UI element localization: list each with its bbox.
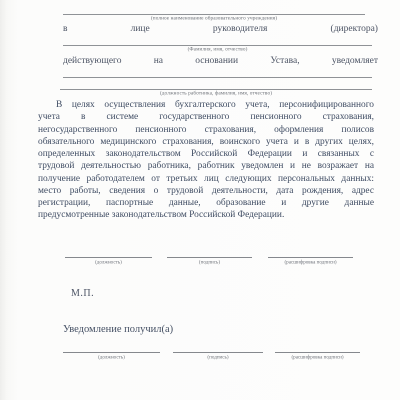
scanned-notification-document: (полное наименование образовательного уч… — [0, 0, 400, 400]
decode-signature-line — [275, 352, 360, 353]
signature-top-decode: (расшифровка подписи) — [268, 257, 353, 266]
paragraph-line: негосударственного пенсионного страхован… — [38, 124, 374, 136]
row1-word: в — [63, 24, 68, 34]
consent-paragraph: В целях осуществления бухгалтерского уче… — [38, 99, 374, 222]
fio-field-line — [63, 45, 372, 46]
acting-on-basis-row: действующего на основании Устава, уведом… — [63, 56, 378, 66]
employee-field-line-2 — [60, 89, 372, 90]
signature-bottom-decode: (расшифровка подписи) — [275, 352, 360, 361]
employee-caption: (должность работника, фамилия, имя, отче… — [79, 91, 354, 96]
sign-caption: (подпись) — [173, 260, 245, 265]
institution-name-field-line — [63, 14, 365, 15]
row1-word: лице — [131, 24, 150, 34]
row2-word: Устава, — [270, 56, 299, 66]
decode-caption: (расшифровка подписи) — [281, 355, 353, 360]
position-caption: (должность) — [70, 355, 152, 360]
row1-word: (директора) — [331, 24, 378, 34]
signature-top-sign: (подпись) — [167, 257, 252, 266]
employee-field-line-1 — [63, 77, 372, 78]
signature-bottom-position: (должность) — [63, 352, 160, 361]
fio-caption: (Фамилия, имя, отчество) — [82, 47, 354, 52]
paragraph-line: обязательного медицинского страхования, … — [38, 136, 374, 148]
row2-word: действующего — [63, 56, 121, 66]
paragraph-line: предусмотренные законодательством Россий… — [38, 209, 374, 221]
decode-caption: (расшифровка подписи) — [274, 260, 346, 265]
paragraph-line: определенных законодательством Российско… — [38, 148, 374, 160]
row2-word: на — [154, 56, 163, 66]
paragraph-line: учета в системе государственного пенсион… — [38, 111, 374, 123]
row1-word: руководителя — [213, 24, 268, 34]
paragraph-line: трудовой деятельностью работника, работн… — [38, 160, 374, 172]
position-caption: (должность) — [72, 260, 146, 265]
paragraph-line: В целях осуществления бухгалтерского уче… — [38, 99, 374, 111]
paragraph-line: место работы, сведения о трудовой деятел… — [38, 185, 374, 197]
sign-signature-line — [173, 352, 263, 353]
signature-top-position: (должность) — [65, 257, 152, 266]
decode-signature-line — [268, 257, 353, 258]
position-signature-line — [63, 352, 160, 353]
in-person-row: в лице руководителя (директора) — [63, 24, 378, 34]
row2-word: основании — [195, 56, 238, 66]
institution-caption: (полное наименование образовательного уч… — [81, 16, 347, 21]
sign-signature-line — [167, 257, 252, 258]
paragraph-line: регистрации, паспортные данные, образова… — [38, 197, 374, 209]
paragraph-line: получение работодателем от третьих лиц с… — [38, 173, 374, 185]
sign-caption: (подпись) — [180, 355, 257, 360]
seal-label: М.П. — [71, 288, 94, 299]
received-heading: Уведомление получил(а) — [63, 324, 173, 335]
position-signature-line — [65, 257, 152, 258]
signature-bottom-sign: (подпись) — [173, 352, 263, 361]
row2-word: уведомляет — [332, 56, 378, 66]
